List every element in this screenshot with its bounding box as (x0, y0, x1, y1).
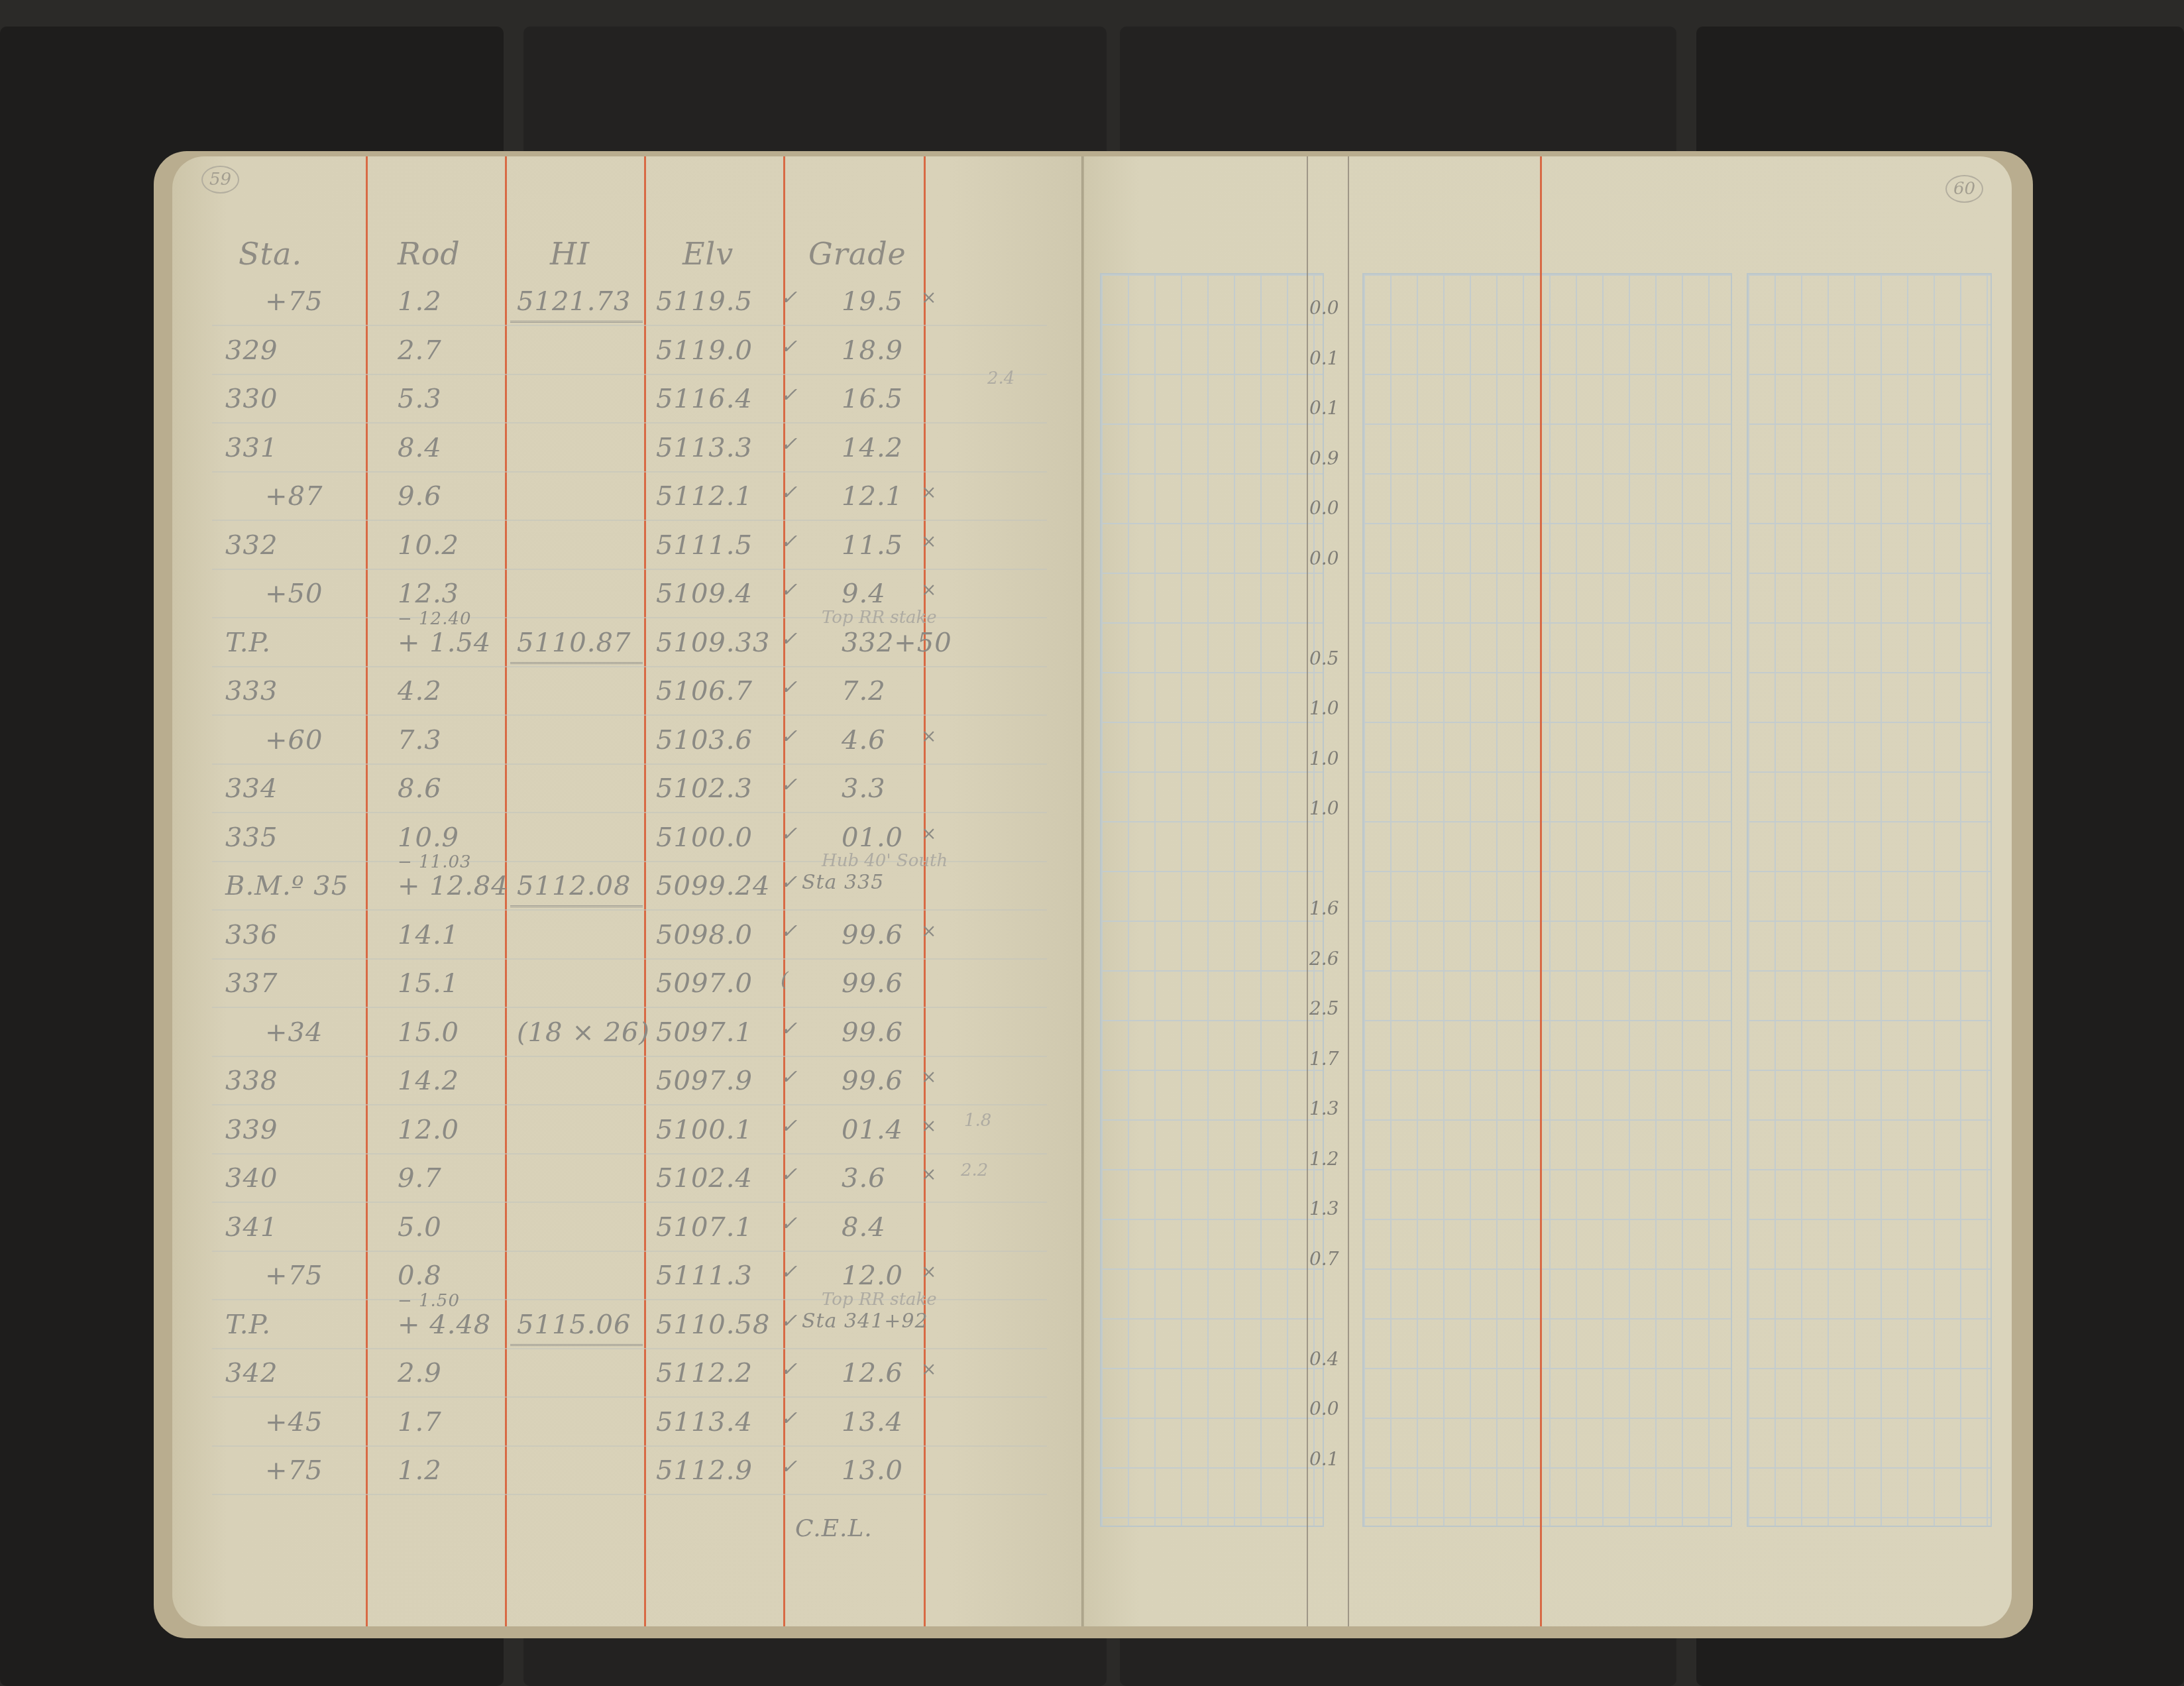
cell-elv: 5112.2 (656, 1358, 753, 1388)
cell-rod: 1.7 (398, 1407, 442, 1437)
cell-elv: 5100.0 (656, 822, 753, 853)
cell-rod-minus: − 12.40 (398, 609, 471, 629)
cell-sta: +75 (265, 1455, 323, 1486)
cell-rod: 14.2 (398, 1066, 459, 1096)
cell-check: ✓ (781, 1358, 798, 1381)
ruled-line (212, 374, 1047, 375)
cell-check: ✓ (781, 1066, 798, 1089)
cell-elv: 5110.58 (656, 1310, 770, 1340)
cell-check: ✓ (781, 822, 798, 846)
cell-check: ✓ (781, 1455, 798, 1479)
cell-mark: × (921, 1115, 937, 1137)
cell-mark: × (921, 481, 937, 503)
cell-rod: 2.7 (398, 335, 442, 366)
ruled-line (212, 909, 1047, 911)
cell-elv: 5099.24 (656, 871, 770, 901)
cell-grade: 13.4 (842, 1407, 903, 1437)
cut-fill-value: 0.1 (1309, 1448, 1339, 1470)
ruled-line (212, 1494, 1047, 1495)
cell-mark: × (921, 822, 937, 844)
grade-annotation: Hub 40' South (822, 851, 948, 871)
cell-elv: 5116.4 (656, 384, 753, 414)
cell-check: ✓ (781, 579, 798, 602)
ruled-line (212, 1153, 1047, 1154)
cell-sta: 335 (225, 822, 278, 853)
cell-grade: Sta 335 (802, 871, 884, 894)
cell-grade: 99.6 (842, 968, 903, 999)
grade-annotation: Top RR stake (822, 608, 937, 628)
graph-grid-right (1362, 273, 1732, 1527)
cell-grade: 13.0 (842, 1455, 903, 1486)
cut-fill-value: 1.3 (1309, 1198, 1339, 1219)
page-number-left: 59 (201, 166, 239, 194)
ruled-line (212, 1007, 1047, 1008)
cell-check: ✓ (781, 1310, 798, 1333)
cell-sta: B.M.º 35 (225, 871, 349, 901)
cell-check: ( (781, 968, 789, 991)
hi-underline (510, 1344, 643, 1346)
cell-rod: 12.3 (398, 579, 459, 609)
cell-rod: 2.9 (398, 1358, 442, 1388)
cell-mark: × (921, 1358, 937, 1380)
cell-check: ✓ (781, 335, 798, 359)
cell-grade: 18.9 (842, 335, 903, 366)
cut-fill-value: 0.0 (1309, 497, 1339, 519)
cell-check: ✓ (781, 1017, 798, 1040)
cell-check: ✓ (781, 481, 798, 504)
cell-hi: 5110.87 (517, 628, 631, 658)
cell-elv: 5119.0 (656, 335, 753, 366)
cell-check: ✓ (781, 286, 798, 309)
red-rule (644, 156, 646, 1626)
cell-grade: 99.6 (842, 1066, 903, 1096)
red-rule (366, 156, 368, 1626)
cell-rod: 1.2 (398, 286, 442, 317)
cell-rod: 5.3 (398, 384, 442, 414)
cell-sta: T.P. (225, 628, 271, 658)
left-page: 59 Sta. Rod HI Elv Grade +751.25121.7351… (172, 156, 1087, 1626)
cell-sta: +75 (265, 1261, 323, 1291)
cell-rod: 12.0 (398, 1115, 459, 1145)
ruled-line (212, 812, 1047, 813)
cell-sta: 340 (225, 1163, 278, 1194)
cell-grade: 7.2 (842, 676, 886, 706)
cut-fill-value: 0.0 (1309, 547, 1339, 569)
cell-grade: 4.6 (842, 725, 886, 756)
cut-fill-value: 1.2 (1309, 1148, 1339, 1170)
cell-elv: 5111.5 (656, 530, 753, 561)
cell-rod-minus: − 11.03 (398, 852, 471, 872)
cut-fill-value: 1.0 (1309, 697, 1339, 719)
cell-elv: 5111.3 (656, 1261, 753, 1291)
cell-grade: 12.1 (842, 481, 903, 512)
cell-grade: 11.5 (842, 530, 903, 561)
pencil-column-line (1307, 156, 1308, 1626)
cell-elv: 5113.3 (656, 433, 753, 463)
cell-hi: 5115.06 (517, 1310, 631, 1340)
cut-fill-value: 2.5 (1309, 997, 1339, 1019)
cell-rod: + 12.84 (398, 871, 509, 901)
cut-fill-value: 0.0 (1309, 1398, 1339, 1420)
red-rule (924, 156, 926, 1626)
cell-mark: × (921, 1066, 937, 1088)
graph-grid-left (1100, 273, 1324, 1527)
cut-fill-value: 0.1 (1309, 397, 1339, 419)
cell-elv: 5102.4 (656, 1163, 753, 1194)
header-sta: Sta. (239, 236, 302, 272)
cell-elv: 5103.6 (656, 725, 753, 756)
ruled-line (212, 422, 1047, 423)
cell-sta: +50 (265, 579, 323, 609)
cell-sta: +75 (265, 286, 323, 317)
cell-sta: 342 (225, 1358, 278, 1388)
cell-sta: +34 (265, 1017, 323, 1048)
cut-fill-value: 2.6 (1309, 948, 1339, 970)
cell-check: ✓ (781, 1163, 798, 1186)
cut-fill-value: 0.9 (1309, 447, 1339, 469)
cell-rod: 7.3 (398, 725, 442, 756)
cell-sta: 332 (225, 530, 278, 561)
cell-sta: 336 (225, 920, 278, 950)
cell-rod: 1.2 (398, 1455, 442, 1486)
cell-elv: 5109.4 (656, 579, 753, 609)
grade-annotation: Top RR stake (822, 1290, 937, 1310)
ruled-line (212, 1445, 1047, 1447)
cell-rod: 8.6 (398, 773, 442, 804)
graph-grid-far-right (1747, 273, 1992, 1527)
cell-mark: × (921, 1163, 937, 1185)
cell-check: ✓ (781, 920, 798, 943)
cell-rod: 15.1 (398, 968, 459, 999)
cell-sta: 330 (225, 384, 278, 414)
cell-check: ✓ (781, 773, 798, 797)
cell-check: ✓ (781, 530, 798, 553)
margin-note: 2.2 (961, 1160, 988, 1180)
cell-grade: 16.5 (842, 384, 903, 414)
cell-rod-minus: − 1.50 (398, 1291, 460, 1311)
cut-fill-value: 0.0 (1309, 297, 1339, 319)
header-rod: Rod (398, 236, 461, 272)
cell-grade: 9.4 (842, 579, 886, 609)
cut-fill-value: 1.0 (1309, 748, 1339, 769)
cut-fill-value: 1.3 (1309, 1097, 1339, 1119)
cut-fill-value: 1.7 (1309, 1048, 1339, 1070)
cell-elv: 5119.5 (656, 286, 753, 317)
cell-grade: 01.4 (842, 1115, 903, 1145)
cell-sta: 338 (225, 1066, 278, 1096)
cell-check: ✓ (781, 628, 798, 651)
cell-sta: 337 (225, 968, 278, 999)
cell-elv: 5097.1 (656, 1017, 753, 1048)
cell-rod: 8.4 (398, 433, 442, 463)
cell-check: ✓ (781, 1115, 798, 1138)
cell-rod: 15.0 (398, 1017, 459, 1048)
cell-sta: 334 (225, 773, 278, 804)
cell-grade: 8.4 (842, 1212, 886, 1243)
ruled-line (212, 1348, 1047, 1349)
ruled-line (212, 520, 1047, 521)
cell-rod: + 4.48 (398, 1310, 491, 1340)
pencil-column-line (1348, 156, 1349, 1626)
cell-elv: 5097.0 (656, 968, 753, 999)
cell-check: ✓ (781, 871, 798, 894)
cell-sta: 341 (225, 1212, 278, 1243)
header-grade: Grade (808, 236, 906, 272)
cell-grade: 99.6 (842, 1017, 903, 1048)
cell-rod: 5.0 (398, 1212, 442, 1243)
cell-sta: +60 (265, 725, 323, 756)
cell-elv: 5102.3 (656, 773, 753, 804)
cell-grade: Sta 341+92 (802, 1310, 928, 1333)
cell-rod: 4.2 (398, 676, 442, 706)
cell-elv: 5100.1 (656, 1115, 753, 1145)
cell-mark: × (921, 1261, 937, 1282)
cell-sta: +45 (265, 1407, 323, 1437)
ruled-line (212, 958, 1047, 960)
cell-elv: 5098.0 (656, 920, 753, 950)
cell-check: ✓ (781, 676, 798, 699)
cell-grade: 3.6 (842, 1163, 886, 1194)
cell-elv: 5107.1 (656, 1212, 753, 1243)
cell-mark: × (921, 286, 937, 308)
cut-fill-value: 1.0 (1309, 797, 1339, 819)
red-rule (1540, 156, 1542, 1626)
header-elv: Elv (682, 236, 734, 272)
margin-note: 1.8 (964, 1111, 991, 1131)
cell-hi: 5121.73 (517, 286, 631, 317)
cell-check: ✓ (781, 1212, 798, 1235)
ruled-line (212, 1251, 1047, 1252)
ruled-line (212, 471, 1047, 473)
hi-underline (510, 662, 643, 664)
ruled-line (212, 666, 1047, 667)
cell-grade: 19.5 (842, 286, 903, 317)
cell-grade: 12.6 (842, 1358, 903, 1388)
right-page: 60 0.00.10.10.90.00.00.51.01.01.01.62.62… (1084, 156, 2012, 1626)
cell-elv: 5112.1 (656, 481, 753, 512)
cell-rod: + 1.54 (398, 628, 491, 658)
cell-sta: 333 (225, 676, 278, 706)
cell-check: ✓ (781, 1407, 798, 1430)
ruled-line (212, 1104, 1047, 1105)
signature: C.E.L. (795, 1515, 873, 1542)
cell-elv: 5112.9 (656, 1455, 753, 1486)
hi-underline (510, 905, 643, 907)
cut-fill-value: 0.7 (1309, 1248, 1339, 1270)
cell-elv: 5097.9 (656, 1066, 753, 1096)
cell-mark: × (921, 725, 937, 747)
cell-elv: 5109.33 (656, 628, 770, 658)
cell-elv: 5113.4 (656, 1407, 753, 1437)
cell-rod: 10.9 (398, 822, 459, 853)
cell-rod: 9.6 (398, 481, 442, 512)
margin-note: 2.4 (987, 368, 1014, 388)
cell-grade: 332+50 (842, 628, 952, 658)
cell-grade: 99.6 (842, 920, 903, 950)
cell-rod: 9.7 (398, 1163, 442, 1194)
ruled-line (212, 763, 1047, 765)
ruled-line (212, 569, 1047, 570)
cell-mark: × (921, 530, 937, 552)
ruled-line (212, 714, 1047, 716)
cell-elv: 5106.7 (656, 676, 753, 706)
cell-sta: 339 (225, 1115, 278, 1145)
cell-check: ✓ (781, 433, 798, 456)
cell-grade: 12.0 (842, 1261, 903, 1291)
cell-grade: 01.0 (842, 822, 903, 853)
cell-sta: +87 (265, 481, 323, 512)
cell-sta: 329 (225, 335, 278, 366)
hi-underline (510, 321, 643, 323)
cut-fill-value: 1.6 (1309, 897, 1339, 919)
cell-rod: 10.2 (398, 530, 459, 561)
cell-grade: 14.2 (842, 433, 903, 463)
cell-sta: T.P. (225, 1310, 271, 1340)
cell-rod: 0.8 (398, 1261, 442, 1291)
header-hi: HI (550, 236, 590, 272)
ruled-line (212, 1056, 1047, 1057)
cut-fill-value: 0.4 (1309, 1348, 1339, 1370)
ruled-line (212, 1396, 1047, 1398)
cell-sta: 331 (225, 433, 278, 463)
cell-grade: 3.3 (842, 773, 886, 804)
cell-hi: 5112.08 (517, 871, 631, 901)
cut-fill-value: 0.5 (1309, 647, 1339, 669)
cell-check: ✓ (781, 384, 798, 407)
cell-check: ✓ (781, 725, 798, 748)
ruled-line (212, 1202, 1047, 1203)
ruled-line (212, 325, 1047, 326)
cell-mark: × (921, 579, 937, 600)
cell-rod: 14.1 (398, 920, 459, 950)
cut-fill-value: 0.1 (1309, 347, 1339, 369)
cell-hi: (18 × 26) (517, 1017, 650, 1048)
page-number-right: 60 (1945, 175, 1983, 203)
cell-check: ✓ (781, 1261, 798, 1284)
cell-mark: × (921, 920, 937, 942)
